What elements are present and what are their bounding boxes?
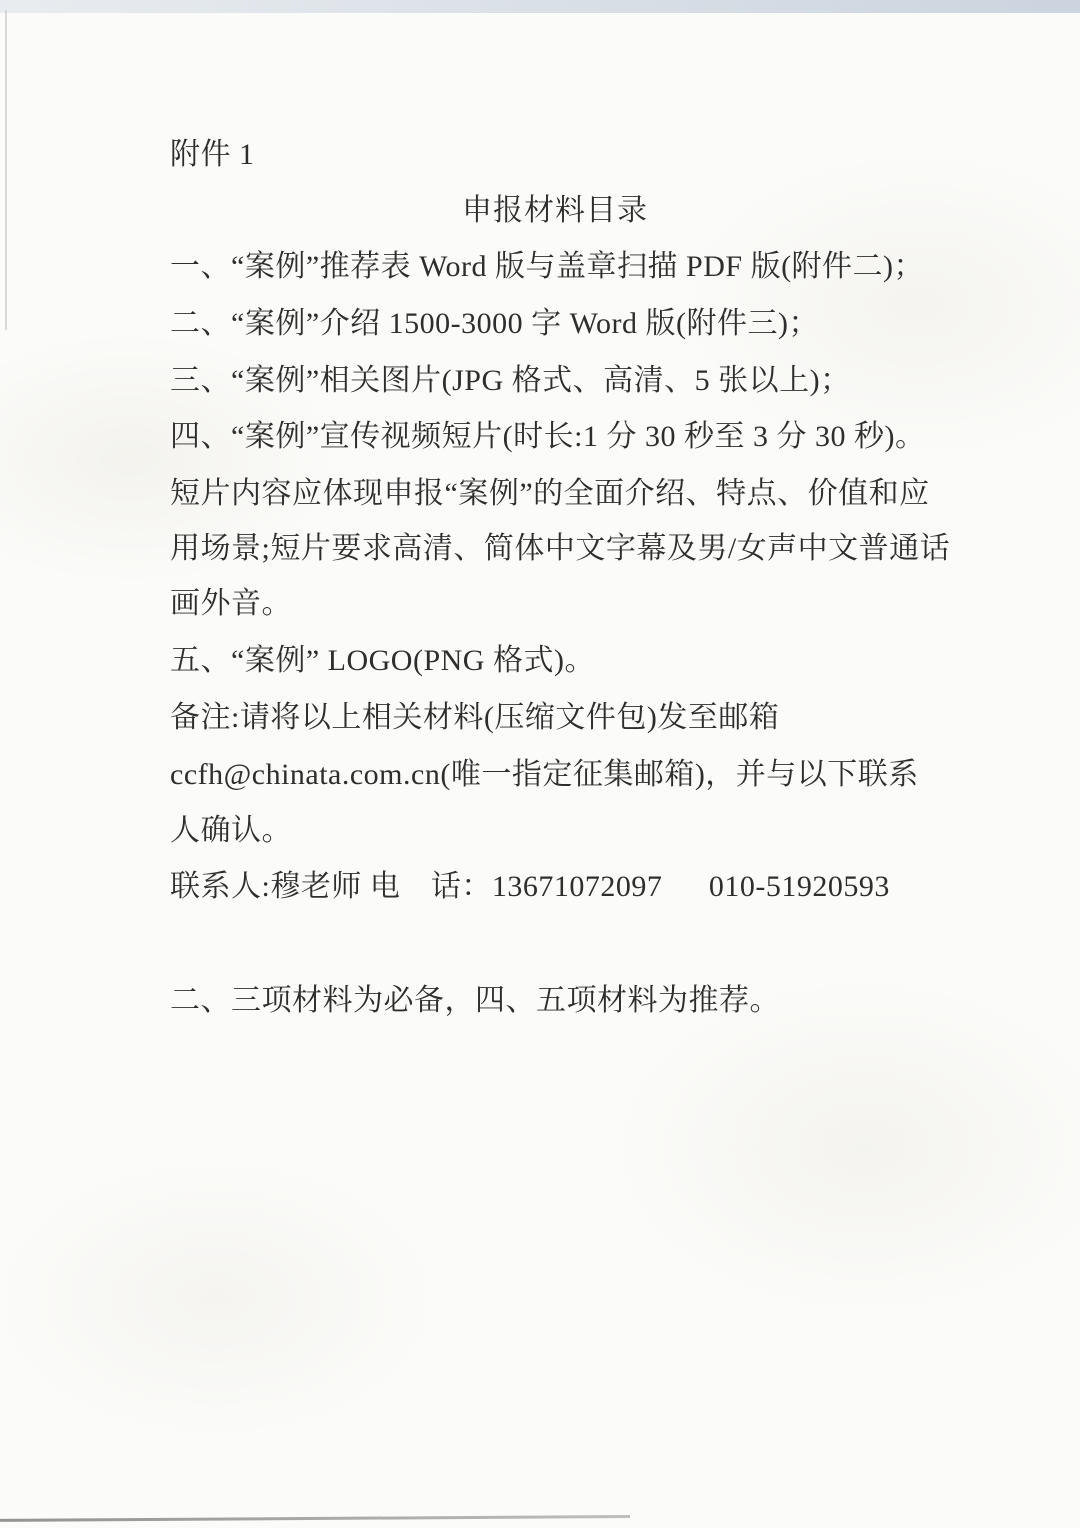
scan-edge-bottom xyxy=(0,1515,630,1522)
body-line-8: 五、“案例” LOGO(PNG 格式)。 xyxy=(170,642,970,680)
body-line-3: 三、“案例”相关图片(JPG 格式、高清、5 张以上)； xyxy=(170,362,970,400)
scan-edge-top xyxy=(0,0,1080,13)
body-line-9: 备注:请将以上相关材料(压缩文件包)发至邮箱 xyxy=(170,699,970,737)
body-line-2: 二、“案例”介绍 1500-3000 字 Word 版(附件三)； xyxy=(170,305,970,343)
attachment-label: 附件 1 xyxy=(170,136,970,174)
body-line-5: 短片内容应体现申报“案例”的全面介绍、特点、价值和应 xyxy=(170,475,970,513)
page-title: 申报材料目录 xyxy=(462,192,648,230)
body-line-1: 一、“案例”推荐表 Word 版与盖章扫描 PDF 版(附件二)； xyxy=(170,248,970,286)
body-line-11: 人确认。 xyxy=(170,812,970,850)
body-line-4: 四、“案例”宣传视频短片(时长:1 分 30 秒至 3 分 30 秒)。 xyxy=(170,418,970,456)
contact-line: 联系人:穆老师 电 话：13671072097 010-51920593 xyxy=(170,868,970,906)
scan-edge-left xyxy=(5,10,7,330)
body-line-6: 用场景;短片要求高清、简体中文字幕及男/女声中文普通话 xyxy=(170,530,970,568)
document-page: 附件 1 申报材料目录 一、“案例”推荐表 Word 版与盖章扫描 PDF 版(… xyxy=(0,0,1080,1528)
body-line-7: 画外音。 xyxy=(170,585,970,623)
body-line-10: ccfh@chinata.com.cn(唯一指定征集邮箱)，并与以下联系 xyxy=(170,756,970,794)
note-line: 二、三项材料为必备，四、五项材料为推荐。 xyxy=(170,982,970,1020)
